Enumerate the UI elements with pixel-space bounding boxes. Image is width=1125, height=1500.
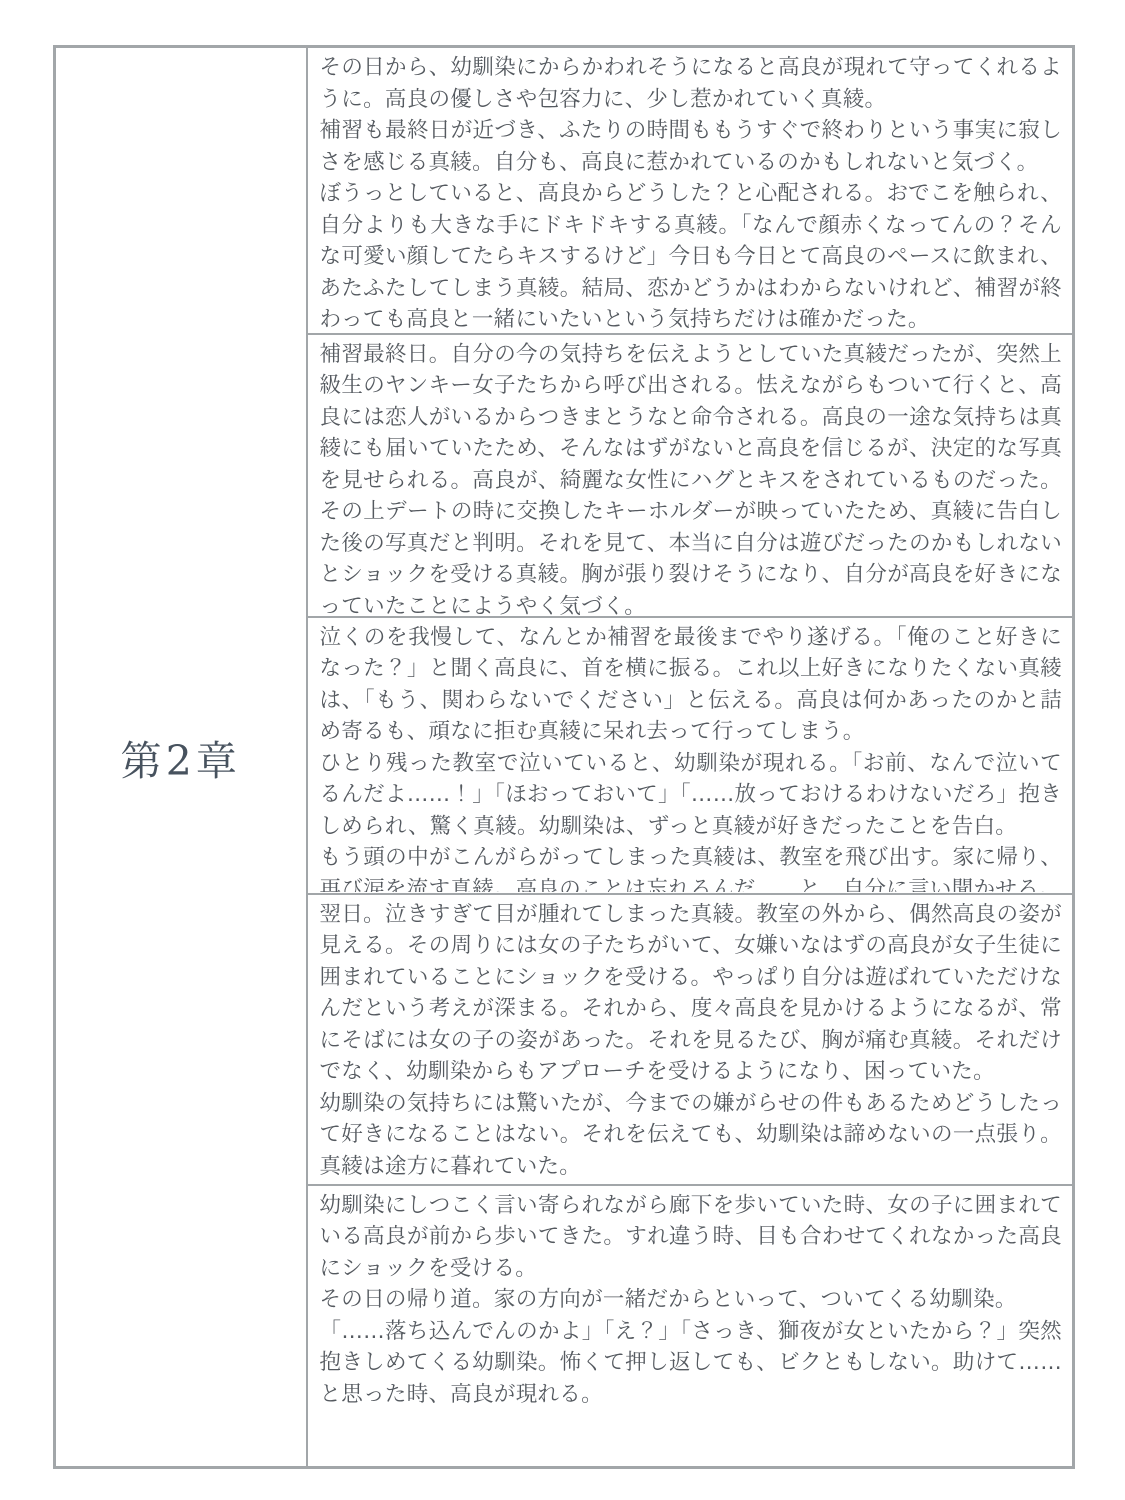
synopsis-paragraph: ひとり残った教室で泣いていると、幼馴染が現れる。「お前、なんで泣いてるんだよ……… (320, 748, 1063, 843)
synopsis-paragraph: その日から、幼馴染にからかわれそうになると高良が現れて守ってくれるように。高良の… (320, 52, 1063, 115)
synopsis-cell-1-content: その日から、幼馴染にからかわれそうになると高良が現れて守ってくれるように。高良の… (320, 52, 1063, 332)
synopsis-cell-3: 泣くのを我慢して、なんとか補習を最後までやり遂げる。「俺のこと好きになった？」と… (307, 617, 1074, 894)
synopsis-cell-2: 補習最終日。自分の今の気持ちを伝えようとしていた真綾だったが、突然上級生のヤンキ… (307, 334, 1074, 617)
synopsis-cell-3-content: 泣くのを我慢して、なんとか補習を最後までやり遂げる。「俺のこと好きになった？」と… (320, 622, 1063, 892)
synopsis-paragraph: ぼうっとしていると、高良からどうした？と心配される。おでこを触られ、自分よりも大… (320, 178, 1063, 332)
synopsis-cell-4: 翌日。泣きすぎて目が腫れてしまった真綾。教室の外から、偶然高良の姿が見える。その… (307, 894, 1074, 1185)
synopsis-cell-1: その日から、幼馴染にからかわれそうになると高良が現れて守ってくれるように。高良の… (307, 47, 1074, 334)
page: 第2章 その日から、幼馴染にからかわれそうになると高良が現れて守ってくれるように… (0, 0, 1125, 1500)
chapter-label: 第2章 (121, 737, 241, 785)
chapter-label-cell: 第2章 (55, 47, 307, 1468)
synopsis-cell-5: 幼馴染にしつこく言い寄られながら廊下を歩いていた時、女の子に囲まれている高良が前… (307, 1185, 1074, 1468)
synopsis-cell-2-content: 補習最終日。自分の今の気持ちを伝えようとしていた真綾だったが、突然上級生のヤンキ… (320, 339, 1063, 615)
synopsis-paragraph: 「……落ち込んでんのかよ」「え？」「さっき、獅夜が女といたから？」突然抱きしめて… (320, 1316, 1063, 1411)
synopsis-paragraph: 補習も最終日が近づき、ふたりの時間ももうすぐで終わりという事実に寂しさを感じる真… (320, 115, 1063, 178)
synopsis-paragraph: 補習最終日。自分の今の気持ちを伝えようとしていた真綾だったが、突然上級生のヤンキ… (320, 339, 1063, 615)
synopsis-paragraph: もう頭の中がこんがらがってしまった真綾は、教室を飛び出す。家に帰り、再び涙を流す… (320, 842, 1063, 892)
synopsis-paragraph: 幼馴染にしつこく言い寄られながら廊下を歩いていた時、女の子に囲まれている高良が前… (320, 1190, 1063, 1285)
synopsis-paragraph: 幼馴染の気持ちには驚いたが、今までの嫌がらせの件もあるためどうしたって好きになる… (320, 1088, 1063, 1183)
synopsis-paragraph: その日の帰り道。家の方向が一緒だからといって、ついてくる幼馴染。 (320, 1284, 1063, 1316)
synopsis-cell-5-content: 幼馴染にしつこく言い寄られながら廊下を歩いていた時、女の子に囲まれている高良が前… (320, 1190, 1063, 1466)
chapter-synopsis-table: 第2章 その日から、幼馴染にからかわれそうになると高良が現れて守ってくれるように… (53, 45, 1075, 1469)
table-row: 第2章 その日から、幼馴染にからかわれそうになると高良が現れて守ってくれるように… (55, 47, 1074, 334)
synopsis-paragraph: 泣くのを我慢して、なんとか補習を最後までやり遂げる。「俺のこと好きになった？」と… (320, 622, 1063, 748)
synopsis-cell-4-content: 翌日。泣きすぎて目が腫れてしまった真綾。教室の外から、偶然高良の姿が見える。その… (320, 899, 1063, 1183)
synopsis-paragraph: 翌日。泣きすぎて目が腫れてしまった真綾。教室の外から、偶然高良の姿が見える。その… (320, 899, 1063, 1088)
